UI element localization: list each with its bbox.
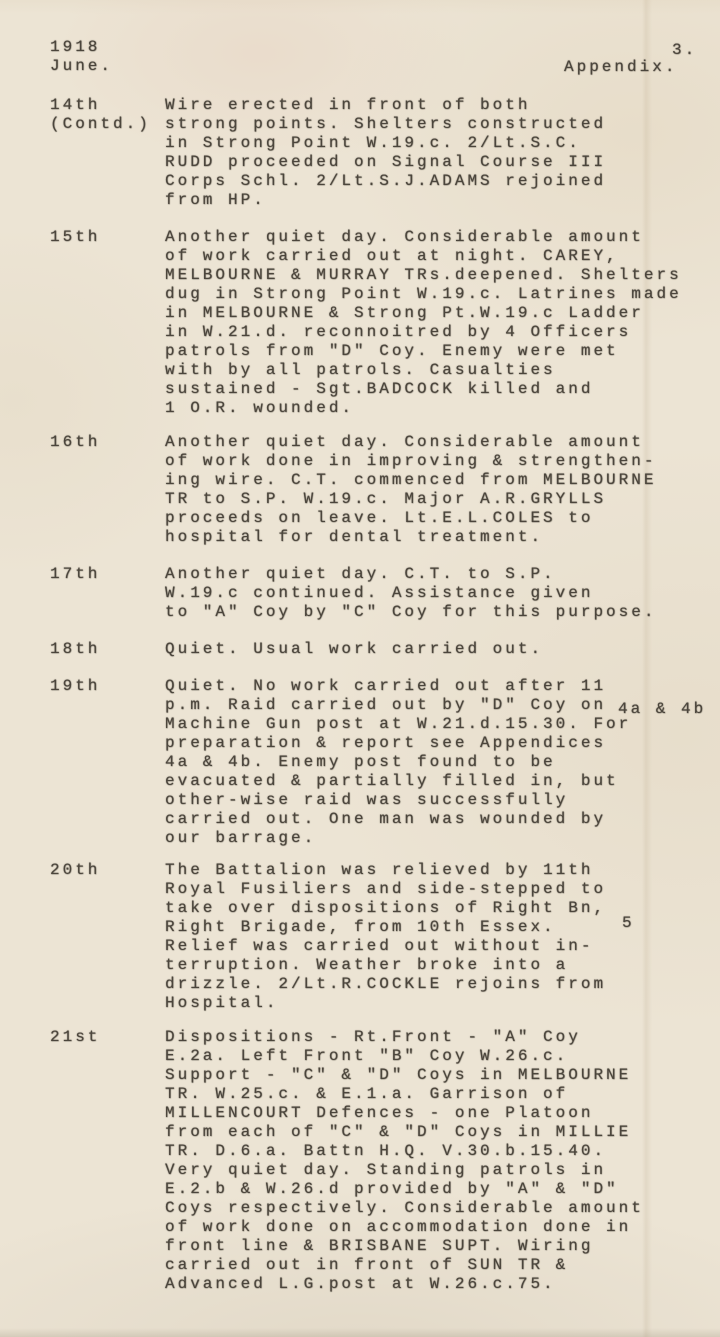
entry-text: Another quiet day. Considerable amount o… [165, 433, 710, 547]
entry-date: 15th [50, 228, 100, 247]
entry-date: 21st [50, 1028, 100, 1047]
margin-note-appendices: 4a & 4b [618, 700, 706, 719]
entry-text: Quiet. Usual work carried out. [165, 640, 710, 659]
appendix-label: Appendix. [564, 58, 677, 77]
entry-date: 19th [50, 677, 100, 696]
margin-note-five: 5 [622, 914, 635, 933]
header-year-month: 1918 June. [50, 38, 113, 76]
entry-text: Dispositions - Rt.Front - "A" Coy E.2a. … [165, 1028, 710, 1294]
entry-date: 14th (Contd.) [50, 96, 151, 134]
war-diary-page: 1918 June. 3. Appendix. 14th (Contd.) Wi… [0, 0, 720, 1337]
entry-date: 17th [50, 565, 100, 584]
entry-text: Another quiet day. Considerable amount o… [165, 228, 710, 418]
entry-text: Another quiet day. C.T. to S.P. W.19.c c… [165, 565, 710, 622]
entry-date: 16th [50, 433, 100, 452]
entry-date: 20th [50, 861, 100, 880]
entry-text: Wire erected in front of both strong poi… [165, 96, 710, 210]
entry-date: 18th [50, 640, 100, 659]
entry-text: The Battalion was relieved by 11th Royal… [165, 861, 710, 1013]
